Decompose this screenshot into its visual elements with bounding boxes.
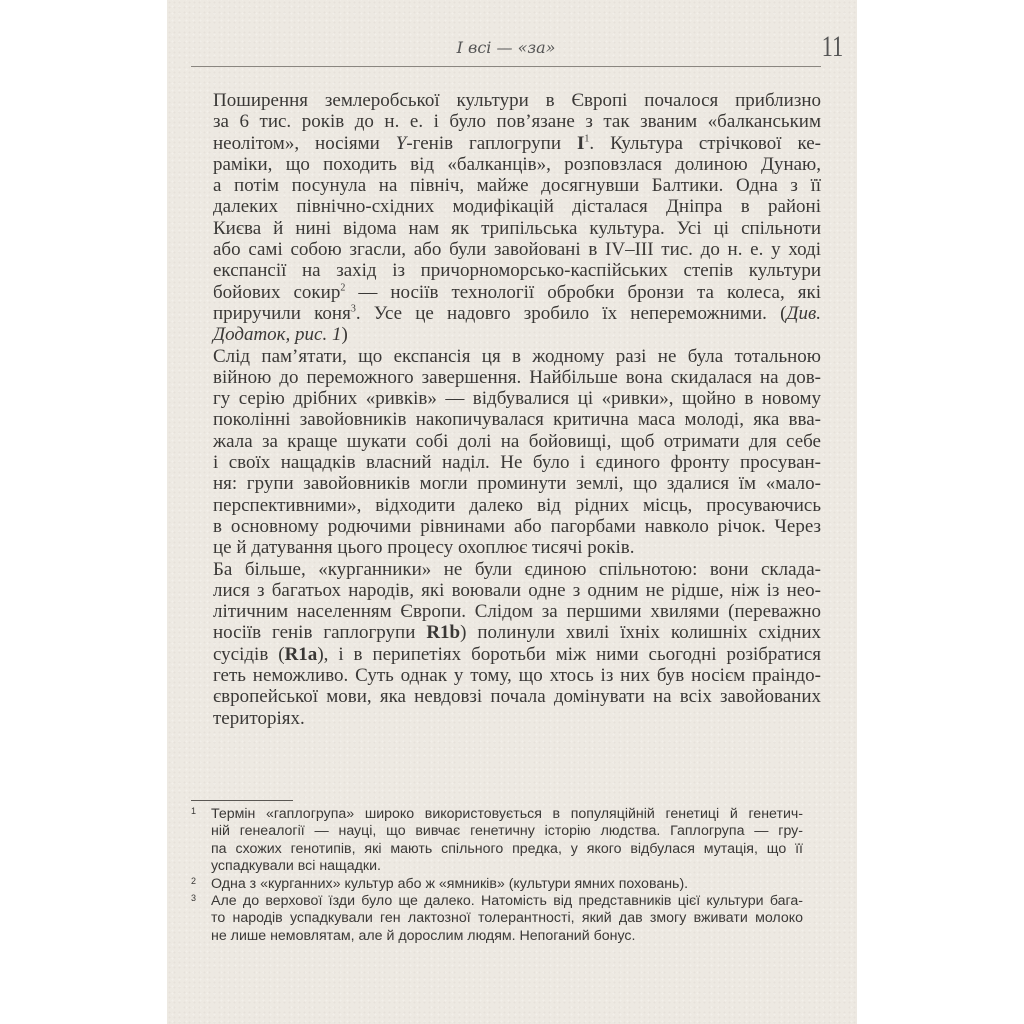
- footnote-line: успадкували всі нащадки.: [211, 858, 803, 875]
- text-line: Ба більше, «курганники» не були єдиною с…: [191, 559, 821, 580]
- text-line: сусідів (R1a), і в перипетіях боротьби м…: [191, 644, 821, 665]
- footnote-2: 2 Одна з «курганних» культур або ж «ямни…: [191, 876, 803, 893]
- paragraph-3: Ба більше, «курганники» не були єдиною с…: [191, 559, 821, 729]
- text-line: а потім посунула на північ, майже досягн…: [191, 175, 821, 196]
- footnote-3: 3 Але до верхової їзди було ще далеко. Н…: [191, 893, 803, 945]
- text-line: Слід пам’ятати, що експансія ця в жодном…: [191, 346, 821, 367]
- footnote-line: не лише немовлятам, але й дорослим людям…: [211, 928, 803, 945]
- footnote-number: 1: [191, 803, 196, 820]
- footnotes: 1 Термін «гаплогрупа» широко використову…: [191, 806, 803, 945]
- text-run: бойових сокир: [213, 282, 340, 303]
- footnote-number: 2: [191, 873, 196, 890]
- text-line: експансії на захід із причорноморсько-ка…: [191, 260, 821, 281]
- text-line: Поширення землеробської культури в Європ…: [191, 90, 821, 111]
- footnote-line: ній генеалогії — науці, що вивчає генети…: [211, 823, 803, 840]
- text-line: приручили коня3. Усе це надовго зробило …: [191, 303, 821, 324]
- footnote-line: Термін «гаплогрупа» широко використовуєт…: [211, 806, 803, 823]
- body-text: Поширення землеробської культури в Європ…: [191, 90, 821, 729]
- text-line: це й датування цього процесу охоплює тис…: [191, 537, 821, 558]
- text-line: жала за краще шукати собі долі на бойови…: [191, 431, 821, 452]
- text-run: . Культура стрічкової ке-: [589, 133, 821, 154]
- haplogroup-label: R1a: [285, 644, 318, 665]
- text-line: поколінні завойовників накопичувалася кр…: [191, 409, 821, 430]
- italic-text: Див.: [786, 303, 821, 324]
- text-line: неолітом», носіями Y-генів гаплогрупи I1…: [191, 133, 821, 154]
- text-line: і своїх нащадків власний наділ. Не було …: [191, 452, 821, 473]
- text-line: геть неможливо. Суть однак у тому, що хт…: [191, 665, 821, 686]
- text-line: перспективними», відходити далеко від рі…: [191, 495, 821, 516]
- text-line: Додаток, рис. 1): [191, 324, 821, 345]
- text-line: в основному родючими рівнинами або пагор…: [191, 516, 821, 537]
- footnote-line: то народів успадкували ген лактозної тол…: [211, 910, 803, 927]
- text-line: далеких північно-східних модифікацій діс…: [191, 196, 821, 217]
- text-line: носіїв генів гаплогрупи R1b) полинули хв…: [191, 622, 821, 643]
- footnote-line: Одна з «курганних» культур або ж «ямникі…: [211, 876, 803, 893]
- text-line: раміки, що походить від «балканців», роз…: [191, 154, 821, 175]
- italic-text: Y: [396, 133, 407, 154]
- text-line: літичним населенням Європи. Слідом за пе…: [191, 601, 821, 622]
- text-line: ня: групи завойовників могли проминути з…: [191, 473, 821, 494]
- footnote-divider: [191, 800, 293, 801]
- text-run: носіїв генів гаплогрупи: [213, 622, 426, 643]
- text-run: — носіїв технології обробки бронзи та ко…: [345, 282, 821, 303]
- text-run: ), і в перипетіях боротьби між ними сьог…: [317, 644, 821, 665]
- footnote-1: 1 Термін «гаплогрупа» широко використову…: [191, 806, 803, 876]
- text-line: за 6 тис. років до н. е. і було пов’язан…: [191, 111, 821, 132]
- text-line: лися з багатьох народів, які воювали одн…: [191, 580, 821, 601]
- running-title: І всі — «за»: [191, 38, 821, 57]
- text-line: гу серію дрібних «ривків» — відбувалися …: [191, 388, 821, 409]
- paragraph-2: Слід пам’ятати, що експансія ця в жодном…: [191, 346, 821, 559]
- text-line: війною до переможного завершення. Найбіл…: [191, 367, 821, 388]
- text-line: Києва й нині відома нам як трипільська к…: [191, 218, 821, 239]
- running-head: І всі — «за» 11: [191, 36, 821, 67]
- text-run: ) полинули хвилі їхніх колишніх східних: [460, 622, 821, 643]
- haplogroup-label: R1b: [426, 622, 460, 643]
- text-run: -генів гаплогрупи: [406, 133, 577, 154]
- footnote-number: 3: [191, 890, 196, 907]
- book-page: І всі — «за» 11 Поширення землеробської …: [167, 0, 857, 1024]
- text-line: бойових сокир2 — носіїв технології оброб…: [191, 282, 821, 303]
- paragraph-1: Поширення землеробської культури в Європ…: [191, 90, 821, 346]
- footnote-line: Але до верхової їзди було ще далеко. Нат…: [211, 893, 803, 910]
- page-number: 11: [822, 30, 844, 64]
- appendix-reference: Додаток, рис. 1: [213, 324, 342, 345]
- footnote-line: па схожих генотипів, які мають спільного…: [211, 841, 803, 858]
- text-line: або самі собою згасли, або були завойова…: [191, 239, 821, 260]
- text-run: . Усе це надовго зробило їх непереможним…: [356, 303, 787, 324]
- text-run: ): [342, 324, 348, 345]
- text-line: територіях.: [191, 708, 821, 729]
- text-line: європейської мови, яка невдовзі почала д…: [191, 686, 821, 707]
- text-run: неолітом», носіями: [213, 133, 396, 154]
- text-run: приручили коня: [213, 303, 351, 324]
- text-run: сусідів (: [213, 644, 285, 665]
